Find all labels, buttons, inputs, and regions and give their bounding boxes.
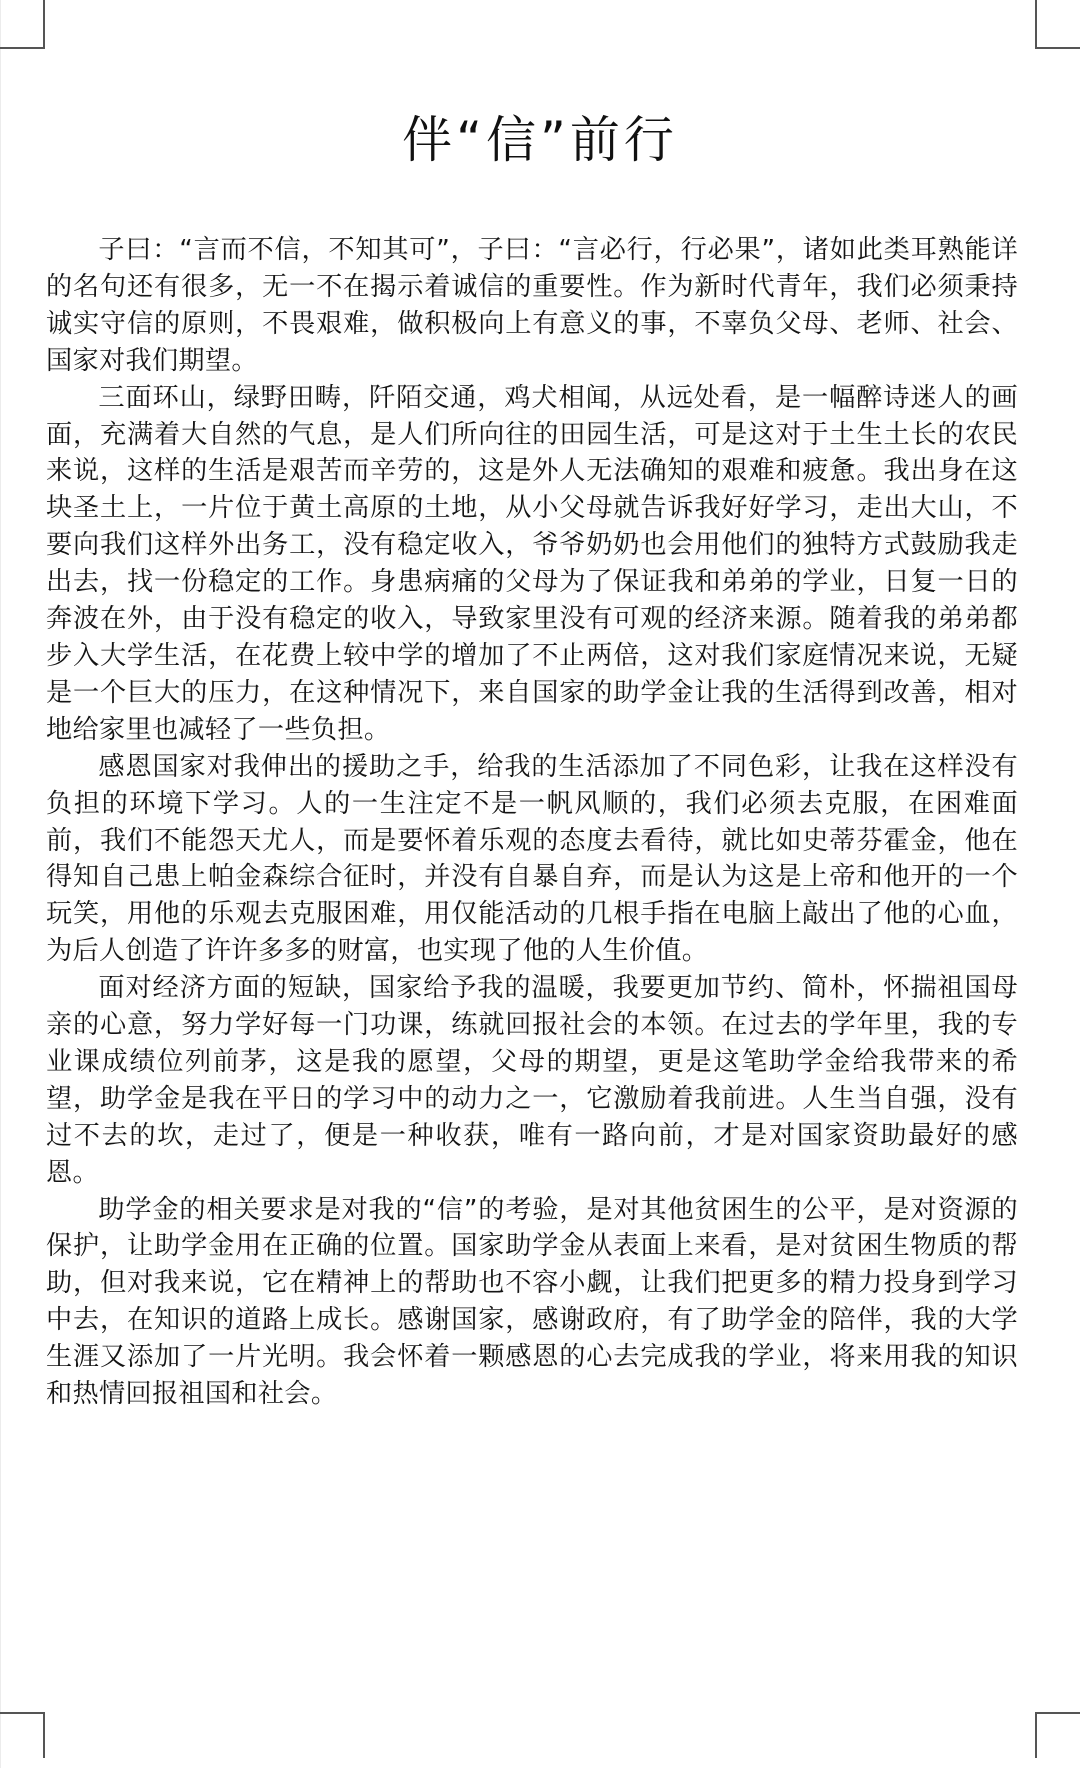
crop-mark-bottom-right (1035, 1712, 1080, 1758)
paragraph-2: 三面环山，绿野田畴，阡陌交通，鸡犬相闻，从远处看，是一幅醉诗迷人的画面，充满着大… (46, 380, 1018, 749)
crop-mark-bottom-left (0, 1712, 45, 1758)
paragraph-5: 助学金的相关要求是对我的“信”的考验，是对其他贫困生的公平，是对资源的保护，让助… (46, 1192, 1018, 1413)
paragraph-1: 子曰：“言而不信，不知其可”，子曰：“言必行，行必果”，诸如此类耳熟能详的名句还… (46, 232, 1018, 380)
document-title: 伴“信”前行 (0, 110, 1080, 170)
document-body: 子曰：“言而不信，不知其可”，子曰：“言必行，行必果”，诸如此类耳熟能详的名句还… (46, 232, 1018, 1413)
paragraph-4: 面对经济方面的短缺，国家给予我的温暖，我要更加节约、简朴，怀揣祖国母亲的心意，努… (46, 970, 1018, 1191)
crop-mark-top-left (0, 0, 45, 49)
paragraph-3: 感恩国家对我伸出的援助之手，给我的生活添加了不同色彩，让我在这样没有负担的环境下… (46, 749, 1018, 970)
crop-mark-top-right (1035, 0, 1080, 49)
page-edge (0, 0, 1, 1768)
